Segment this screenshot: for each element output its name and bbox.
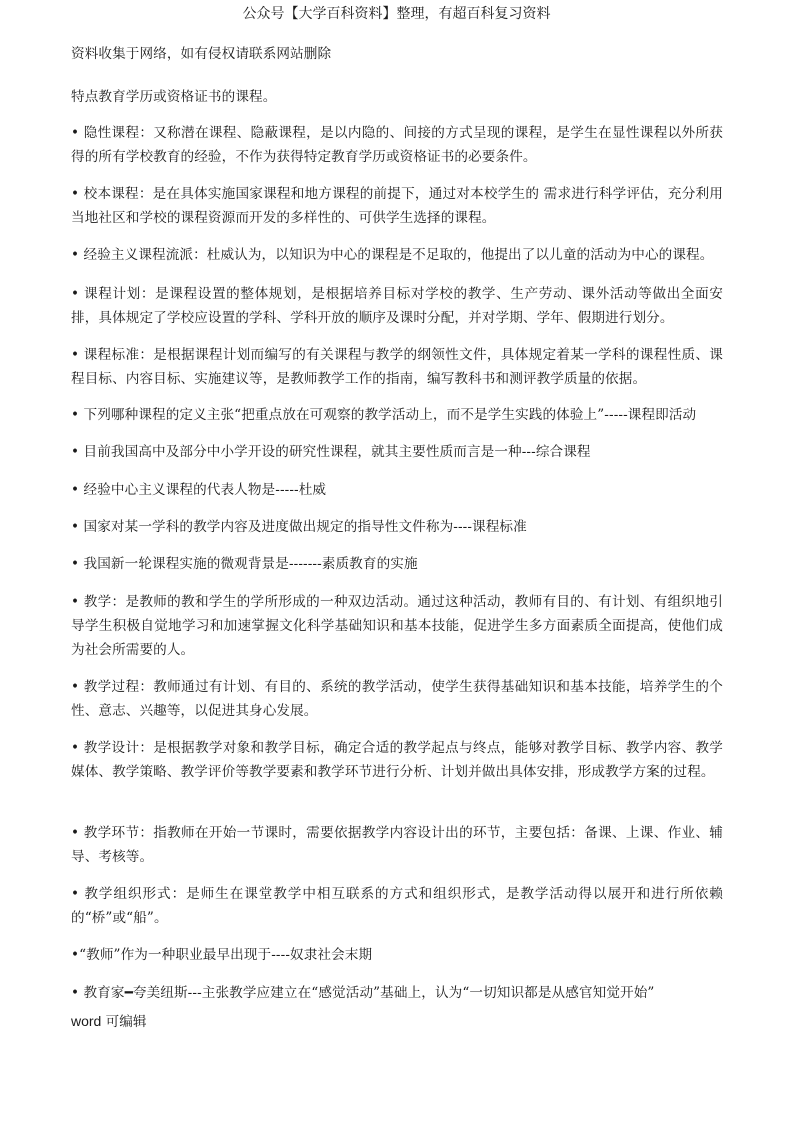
continuation-text: 特点教育学历或资格证书的课程。: [71, 85, 731, 109]
item-q-teacher-profession: •“教师”作为一种职业最早出现于----奴隶社会末期: [71, 943, 731, 967]
footer-editable-note: word 可编辑: [71, 1010, 146, 1033]
footer-label: 可编辑: [101, 1014, 146, 1030]
item-q-curriculum-standard: • 国家对某一学科的教学内容及进度做出规定的指导性文件称为----课程标准: [71, 515, 731, 539]
item-teaching-steps: • 教学环节：指教师在开始一节课时，需要依据教学内容设计出的环节，主要包括：备课…: [71, 821, 723, 869]
item-instructional-design: • 教学设计：是根据教学对象和教学目标，确定合适的教学起点与终点，能够对教学目标…: [71, 736, 723, 784]
item-hidden-curriculum: • 隐性课程：又称潜在课程、隐蔽课程，是以内隐的、间接的方式呈现的课程，是学生在…: [71, 121, 723, 169]
item-school-based-curriculum: • 校本课程：是在具体实施国家课程和地方课程的前提下，通过对本校学生的 需求进行…: [71, 182, 723, 230]
item-q-curriculum-as-activity: • 下列哪种课程的定义主张“把重点放在可观察的教学活动上，而不是学生实践的体验上…: [71, 403, 731, 427]
page-header: 公众号【大学百科资料】整理，有超百科复习资料: [0, 4, 793, 24]
item-teaching: • 教学：是教师的教和学生的学所形成的一种双边活动。通过这种活动，教师有目的、有…: [71, 590, 723, 663]
item-teaching-process: • 教学过程：教师通过有计划、有目的、系统的教学活动，使学生获得基础知识和基本技…: [71, 675, 723, 723]
item-experiential-curriculum: • 经验主义课程流派：杜威认为，以知识为中心的课程是不足取的，他提出了以儿童的活…: [71, 243, 731, 267]
copyright-notice: 资料收集于网络，如有侵权请联系网站删除: [71, 42, 731, 66]
item-q-research-curriculum: • 目前我国高中及部分中小学开设的研究性课程，就其主要性质而言是一种---综合课…: [71, 440, 731, 464]
item-q-quality-education: • 我国新一轮课程实施的微观背景是-------素质教育的实施: [71, 552, 731, 576]
item-curriculum-plan: • 课程计划：是课程设置的整体规划，是根据培养目标对学校的教学、生产劳动、课外活…: [71, 282, 723, 330]
item-curriculum-standard: • 课程标准：是根据课程计划而编写的有关课程与教学的纲领性文件，具体规定着某一学…: [71, 343, 723, 391]
item-teaching-organization: • 教学组织形式：是师生在课堂教学中相互联系的方式和组织形式，是教学活动得以展开…: [71, 882, 723, 930]
item-q-dewey: • 经验中心主义课程的代表人物是-----杜威: [71, 478, 731, 502]
item-comenius: • 教育家━夸美纽斯---主张教学应建立在“感觉活动”基础上，认为“一切知识都是…: [71, 981, 731, 1005]
footer-word: word: [71, 1013, 101, 1029]
